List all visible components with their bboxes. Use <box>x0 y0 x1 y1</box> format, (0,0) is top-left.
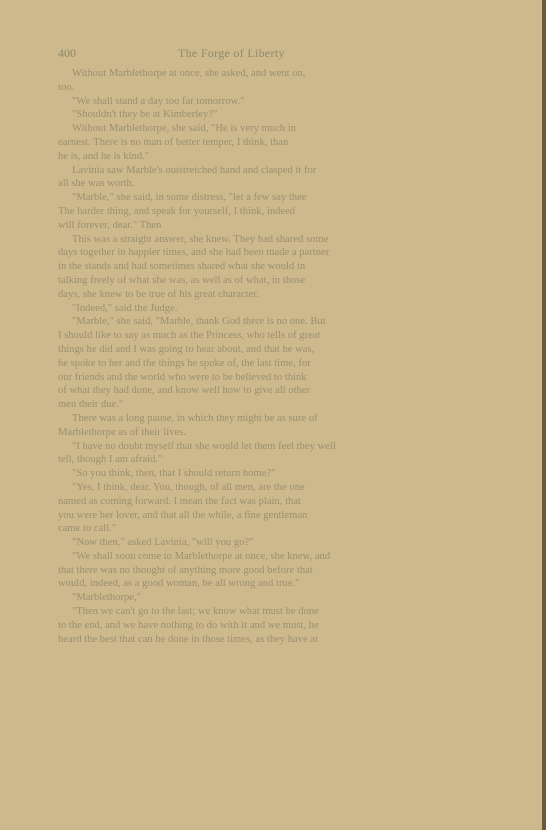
text-line: "We shall soon come to Marblethorpe at o… <box>58 550 458 564</box>
text-line: "Indeed," said the Judge. <box>58 302 458 316</box>
text-line: that there was no thought of anything mo… <box>58 564 458 578</box>
text-line: "Now then," asked Lavinia, "will you go?… <box>58 536 458 550</box>
book-page: 400 The Forge of Liberty Without Marblet… <box>58 46 458 646</box>
running-header: 400 The Forge of Liberty <box>58 46 458 61</box>
text-line: heard the best that can be done in those… <box>58 633 458 647</box>
page-number: 400 <box>58 46 178 61</box>
text-line: days together in happier times, and she … <box>58 246 458 260</box>
page-edge-shadow <box>542 0 546 830</box>
text-line: I should like to say as much as the Prin… <box>58 329 458 343</box>
text-line: The harder thing, and speak for yourself… <box>58 205 458 219</box>
text-line: "Shouldn't they be at Kimberley?" <box>58 108 458 122</box>
text-line: came to call." <box>58 522 458 536</box>
text-line: to the end, and we have nothing to do wi… <box>58 619 458 633</box>
text-line: tell, though I am afraid." <box>58 453 458 467</box>
text-line: named as coming forward. I mean the fact… <box>58 495 458 509</box>
text-line: he is, and he is kind." <box>58 150 458 164</box>
text-line: days, she knew to be true of his great c… <box>58 288 458 302</box>
text-line: "Then we can't go to the last; we know w… <box>58 605 458 619</box>
text-line: of what they had done, and know well how… <box>58 384 458 398</box>
text-line: our friends and the world who were to be… <box>58 371 458 385</box>
text-line: "So you think, then, that I should retur… <box>58 467 458 481</box>
text-line: would, indeed, as a good woman, be all w… <box>58 577 458 591</box>
text-line: you were her lover, and that all the whi… <box>58 509 458 523</box>
text-line: Without Marblethorpe, she said, "He is v… <box>58 122 458 136</box>
body-text: Without Marblethorpe at once, she asked,… <box>58 67 458 646</box>
text-line: Without Marblethorpe at once, she asked,… <box>58 67 458 81</box>
text-line: "Yes, I think, dear. You, though, of all… <box>58 481 458 495</box>
text-line: he spoke to her and the things he spoke … <box>58 357 458 371</box>
text-line: Lavinia saw Marble's outstretched hand a… <box>58 164 458 178</box>
text-line: "We shall stand a day too far tomorrow." <box>58 95 458 109</box>
text-line: "Marble," she said, "Marble, thank God t… <box>58 315 458 329</box>
text-line: talking freely of what she was, as well … <box>58 274 458 288</box>
text-line: "Marblethorpe," <box>58 591 458 605</box>
running-title: The Forge of Liberty <box>178 46 285 61</box>
text-line: "Marble," she said, in some distress, "l… <box>58 191 458 205</box>
text-line: earnest. There is no man of better tempe… <box>58 136 458 150</box>
text-line: too. <box>58 81 458 95</box>
text-line: things he did and I was going to hear ab… <box>58 343 458 357</box>
text-line: Marblethorpe as of their lives. <box>58 426 458 440</box>
text-line: men their due." <box>58 398 458 412</box>
text-line: all she was worth. <box>58 177 458 191</box>
text-line: "I have no doubt myself that she would l… <box>58 440 458 454</box>
text-line: will forever, dear." Then <box>58 219 458 233</box>
text-line: There was a long pause, in which they mi… <box>58 412 458 426</box>
text-line: This was a straight answer, she knew. Th… <box>58 233 458 247</box>
text-line: in the stands and had sometimes shared w… <box>58 260 458 274</box>
